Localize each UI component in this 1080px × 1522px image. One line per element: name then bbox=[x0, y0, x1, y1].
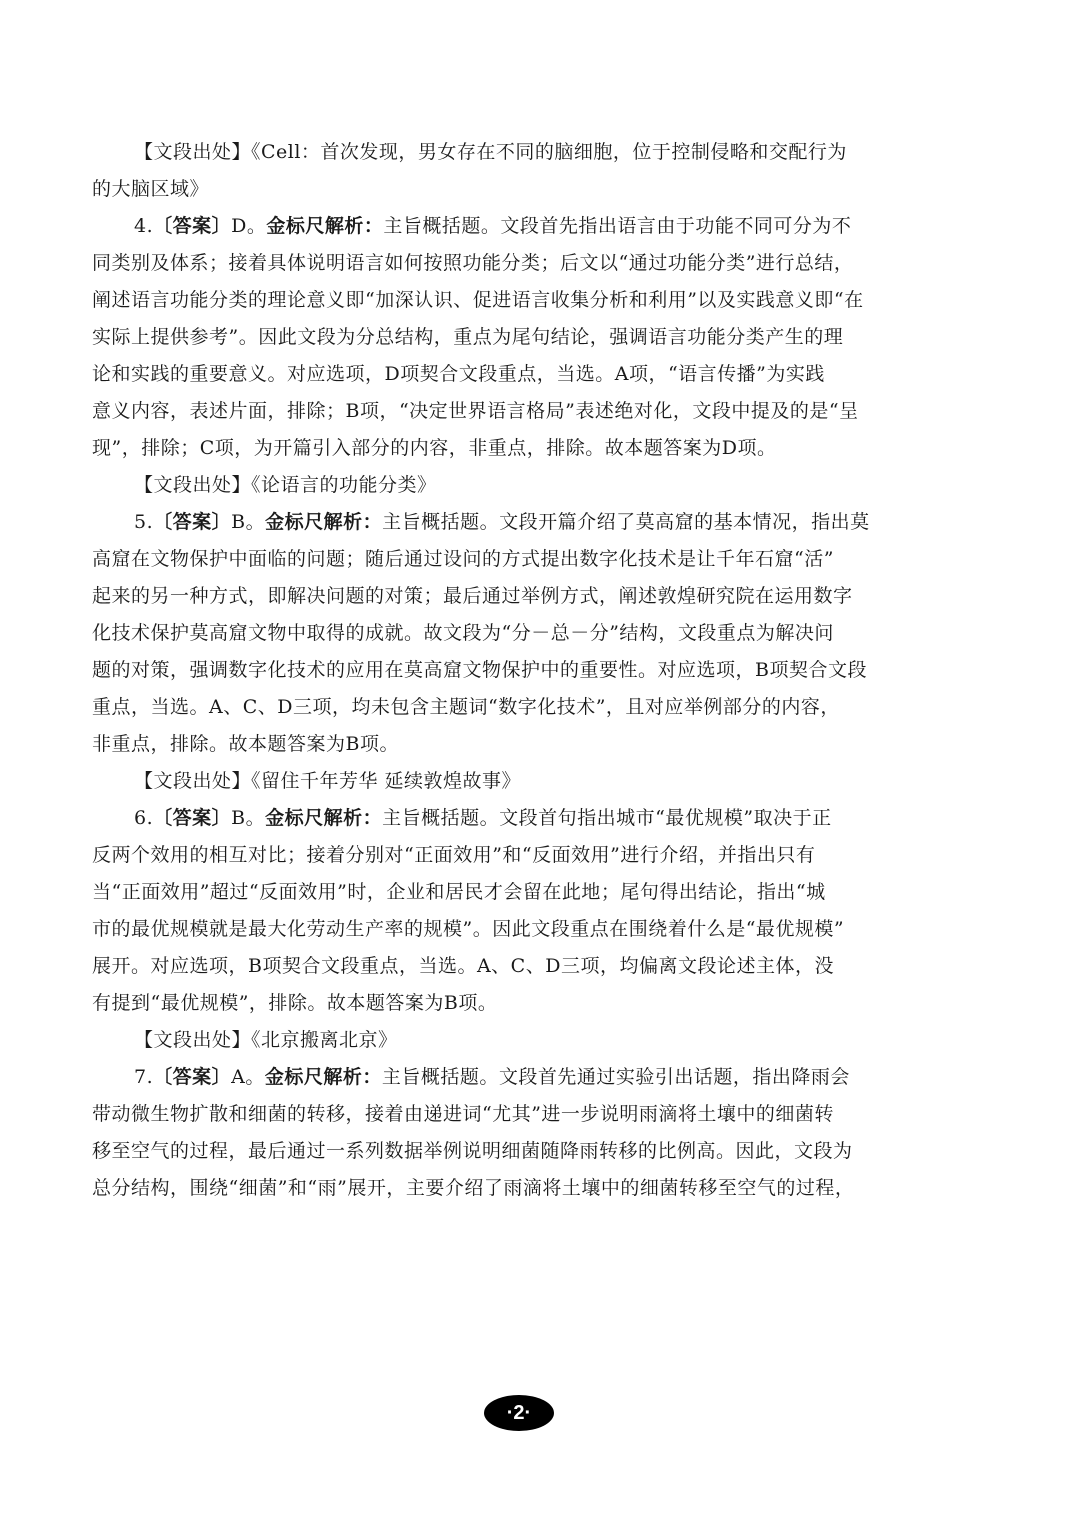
text-line: 6.〔答案〕B。金标尺解析：主旨概括题。文段首句指出城市“最优规模”取决于正 bbox=[92, 800, 948, 837]
text-run: 起来的另一种方式，即解决问题的对策；最后通过举例方式，阐述敦煌研究院在运用数字 bbox=[92, 585, 853, 607]
text-run: 【文段出处】《北京搬离北京》 bbox=[134, 1029, 398, 1051]
text-line: 【文段出处】《论语言的功能分类》 bbox=[92, 467, 948, 504]
text-run: 非重点，排除。故本题答案为B项。 bbox=[92, 733, 399, 755]
text-line: 非重点，排除。故本题答案为B项。 bbox=[92, 726, 948, 763]
text-run: 论和实践的重要意义。对应选项，D项契合文段重点，当选。A项，“语言传播”为实践 bbox=[92, 363, 825, 385]
text-run: 主旨概括题。文段首先通过实验引出话题，指出降雨会 bbox=[382, 1066, 850, 1088]
text-line: 意义内容，表述片面，排除；B项，“决定世界语言格局”表述绝对化，文段中提及的是“… bbox=[92, 393, 948, 430]
text-run: 总分结构，围绕“细菌”和“雨”展开，主要介绍了雨滴将土壤中的细菌转移至空气的过程… bbox=[92, 1177, 854, 1199]
text-line: 【文段出处】《北京搬离北京》 bbox=[92, 1022, 948, 1059]
text-run: 主旨概括题。文段首先指出语言由于功能不同可分为不 bbox=[383, 215, 851, 237]
text-line: 【文段出处】《Cell：首次发现，男女存在不同的脑细胞，位于控制侵略和交配行为 bbox=[92, 134, 948, 171]
text-line: 市的最优规模就是最大化劳动生产率的规模”。因此文段重点在围绕着什么是“最优规模” bbox=[92, 911, 948, 948]
text-run: 意义内容，表述片面，排除；B项，“决定世界语言格局”表述绝对化，文段中提及的是“… bbox=[92, 400, 859, 422]
text-line: 高窟在文物保护中面临的问题；随后通过设问的方式提出数字化技术是让千年石窟“活” bbox=[92, 541, 948, 578]
text-line: 当“正面效用”超过“反面效用”时，企业和居民才会留在此地；尾句得出结论，指出“城 bbox=[92, 874, 948, 911]
bold-label: 金标尺解析： bbox=[266, 215, 383, 237]
text-run: 的大脑区域》 bbox=[92, 178, 209, 200]
text-run: 阐述语言功能分类的理论意义即“加深认识、促进语言收集分析和利用”以及实践意义即“… bbox=[92, 289, 864, 311]
text-run: 高窟在文物保护中面临的问题；随后通过设问的方式提出数字化技术是让千年石窟“活” bbox=[92, 548, 834, 570]
text-line: 5.〔答案〕B。金标尺解析：主旨概括题。文段开篇介绍了莫高窟的基本情况，指出莫 bbox=[92, 504, 948, 541]
text-run: 移至空气的过程，最后通过一系列数据举例说明细菌随降雨转移的比例高。因此，文段为 bbox=[92, 1140, 853, 1162]
bold-label: 〔答案〕 bbox=[153, 807, 231, 829]
text-line: 同类别及体系；接着具体说明语言如何按照功能分类；后文以“通过功能分类”进行总结， bbox=[92, 245, 948, 282]
text-line: 有提到“最优规模”，排除。故本题答案为B项。 bbox=[92, 985, 948, 1022]
text-line: 阐述语言功能分类的理论意义即“加深认识、促进语言收集分析和利用”以及实践意义即“… bbox=[92, 282, 948, 319]
text-line: 移至空气的过程，最后通过一系列数据举例说明细菌随降雨转移的比例高。因此，文段为 bbox=[92, 1133, 948, 1170]
text-line: 起来的另一种方式，即解决问题的对策；最后通过举例方式，阐述敦煌研究院在运用数字 bbox=[92, 578, 948, 615]
text-line: 实际上提供参考”。因此文段为分总结构，重点为尾句结论，强调语言功能分类产生的理 bbox=[92, 319, 948, 356]
text-run: 重点，当选。A、C、D三项，均未包含主题词“数字化技术”，且对应举例部分的内容， bbox=[92, 696, 840, 718]
text-line: 反两个效用的相互对比；接着分别对“正面效用”和“反面效用”进行介绍，并指出只有 bbox=[92, 837, 948, 874]
text-run: B。 bbox=[231, 511, 265, 533]
text-line: 展开。对应选项，B项契合文段重点，当选。A、C、D三项，均偏离文段论述主体，没 bbox=[92, 948, 948, 985]
text-run: 反两个效用的相互对比；接着分别对“正面效用”和“反面效用”进行介绍，并指出只有 bbox=[92, 844, 815, 866]
text-line: 论和实践的重要意义。对应选项，D项契合文段重点，当选。A项，“语言传播”为实践 bbox=[92, 356, 948, 393]
bold-label: 金标尺解析： bbox=[265, 511, 382, 533]
bold-label: 金标尺解析： bbox=[265, 1066, 382, 1088]
text-run: 同类别及体系；接着具体说明语言如何按照功能分类；后文以“通过功能分类”进行总结， bbox=[92, 252, 853, 274]
text-run: 4. bbox=[134, 215, 153, 237]
text-line: 题的对策，强调数字化技术的应用在莫高窟文物保护中的重要性。对应选项，B项契合文段 bbox=[92, 652, 948, 689]
text-line: 化技术保护莫高窟文物中取得的成就。故文段为“分－总－分”结构，文段重点为解决问 bbox=[92, 615, 948, 652]
text-run: A。 bbox=[231, 1066, 265, 1088]
text-line: 的大脑区域》 bbox=[92, 171, 948, 208]
text-line: 7.〔答案〕A。金标尺解析：主旨概括题。文段首先通过实验引出话题，指出降雨会 bbox=[92, 1059, 948, 1096]
text-line: 带动微生物扩散和细菌的转移，接着由递进词“尤其”进一步说明雨滴将土壤中的细菌转 bbox=[92, 1096, 948, 1133]
text-line: 4.〔答案〕D。金标尺解析：主旨概括题。文段首先指出语言由于功能不同可分为不 bbox=[92, 208, 948, 245]
bold-label: 〔答案〕 bbox=[153, 511, 231, 533]
text-run: 市的最优规模就是最大化劳动生产率的规模”。因此文段重点在围绕着什么是“最优规模” bbox=[92, 918, 844, 940]
text-run: 实际上提供参考”。因此文段为分总结构，重点为尾句结论，强调语言功能分类产生的理 bbox=[92, 326, 843, 348]
document-body: 【文段出处】《Cell：首次发现，男女存在不同的脑细胞，位于控制侵略和交配行为的… bbox=[92, 134, 948, 1207]
text-run: 主旨概括题。文段开篇介绍了莫高窟的基本情况，指出莫 bbox=[382, 511, 870, 533]
page-number-badge: ·2· bbox=[484, 1395, 554, 1431]
text-run: B。 bbox=[231, 807, 265, 829]
text-run: 5. bbox=[134, 511, 153, 533]
text-line: 总分结构，围绕“细菌”和“雨”展开，主要介绍了雨滴将土壤中的细菌转移至空气的过程… bbox=[92, 1170, 948, 1207]
text-run: 6. bbox=[134, 807, 153, 829]
text-run: 有提到“最优规模”，排除。故本题答案为B项。 bbox=[92, 992, 497, 1014]
text-run: D。 bbox=[231, 215, 266, 237]
text-run: 化技术保护莫高窟文物中取得的成就。故文段为“分－总－分”结构，文段重点为解决问 bbox=[92, 622, 834, 644]
text-run: 展开。对应选项，B项契合文段重点，当选。A、C、D三项，均偏离文段论述主体，没 bbox=[92, 955, 834, 977]
bold-label: 〔答案〕 bbox=[153, 215, 231, 237]
text-run: 题的对策，强调数字化技术的应用在莫高窟文物保护中的重要性。对应选项，B项契合文段 bbox=[92, 659, 867, 681]
text-run: 当“正面效用”超过“反面效用”时，企业和居民才会留在此地；尾句得出结论，指出“城 bbox=[92, 881, 826, 903]
text-run: 【文段出处】《留住千年芳华 延续敦煌故事》 bbox=[134, 770, 521, 792]
text-line: 重点，当选。A、C、D三项，均未包含主题词“数字化技术”，且对应举例部分的内容， bbox=[92, 689, 948, 726]
text-line: 【文段出处】《留住千年芳华 延续敦煌故事》 bbox=[92, 763, 948, 800]
bold-label: 〔答案〕 bbox=[153, 1066, 231, 1088]
text-run: 7. bbox=[134, 1066, 153, 1088]
text-line: 现”，排除；C项，为开篇引入部分的内容，非重点，排除。故本题答案为D项。 bbox=[92, 430, 948, 467]
bold-label: 金标尺解析： bbox=[265, 807, 382, 829]
text-run: 现”，排除；C项，为开篇引入部分的内容，非重点，排除。故本题答案为D项。 bbox=[92, 437, 777, 459]
text-run: 主旨概括题。文段首句指出城市“最优规模”取决于正 bbox=[382, 807, 831, 829]
text-run: 【文段出处】《论语言的功能分类》 bbox=[134, 474, 437, 496]
text-run: 【文段出处】《Cell：首次发现，男女存在不同的脑细胞，位于控制侵略和交配行为 bbox=[134, 141, 847, 163]
text-run: 带动微生物扩散和细菌的转移，接着由递进词“尤其”进一步说明雨滴将土壤中的细菌转 bbox=[92, 1103, 834, 1125]
